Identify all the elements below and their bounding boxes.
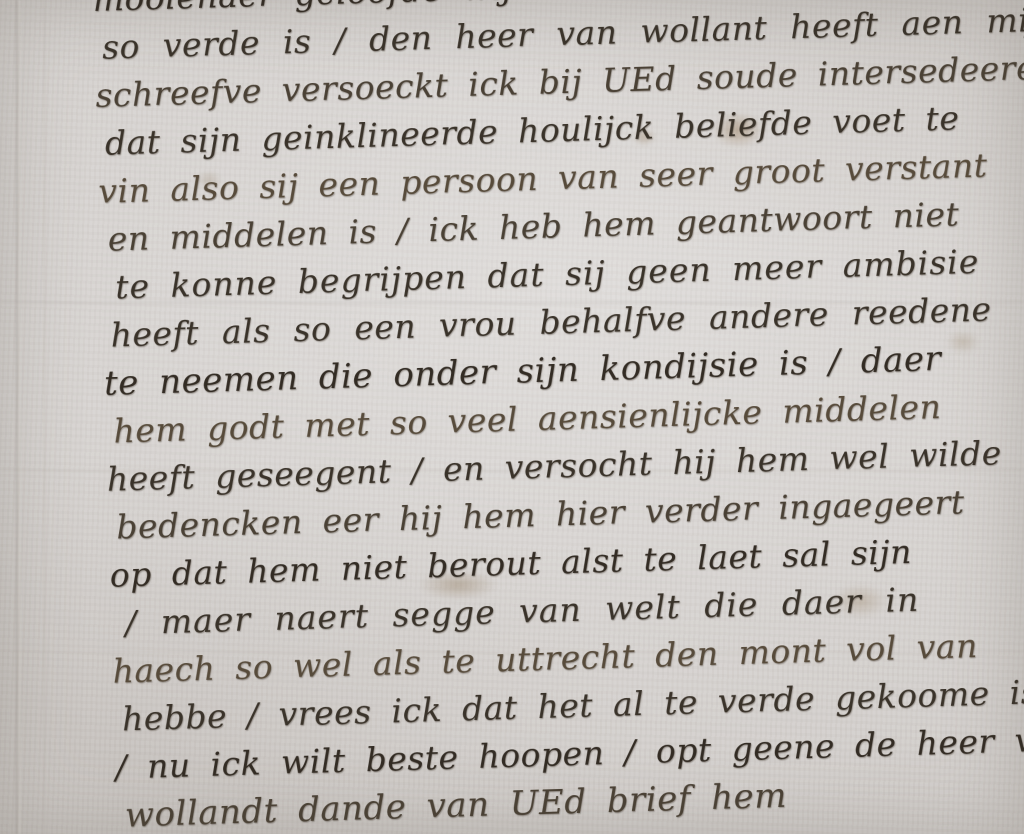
manuscript-page: moolenaer geloofde wijso verde is / den …: [0, 0, 1024, 834]
vertical-fold-crease: [16, 0, 21, 834]
vertical-fold-crease: [44, 0, 47, 834]
handwritten-text-block: moolenaer geloofde wijso verde is / den …: [92, 0, 1024, 834]
